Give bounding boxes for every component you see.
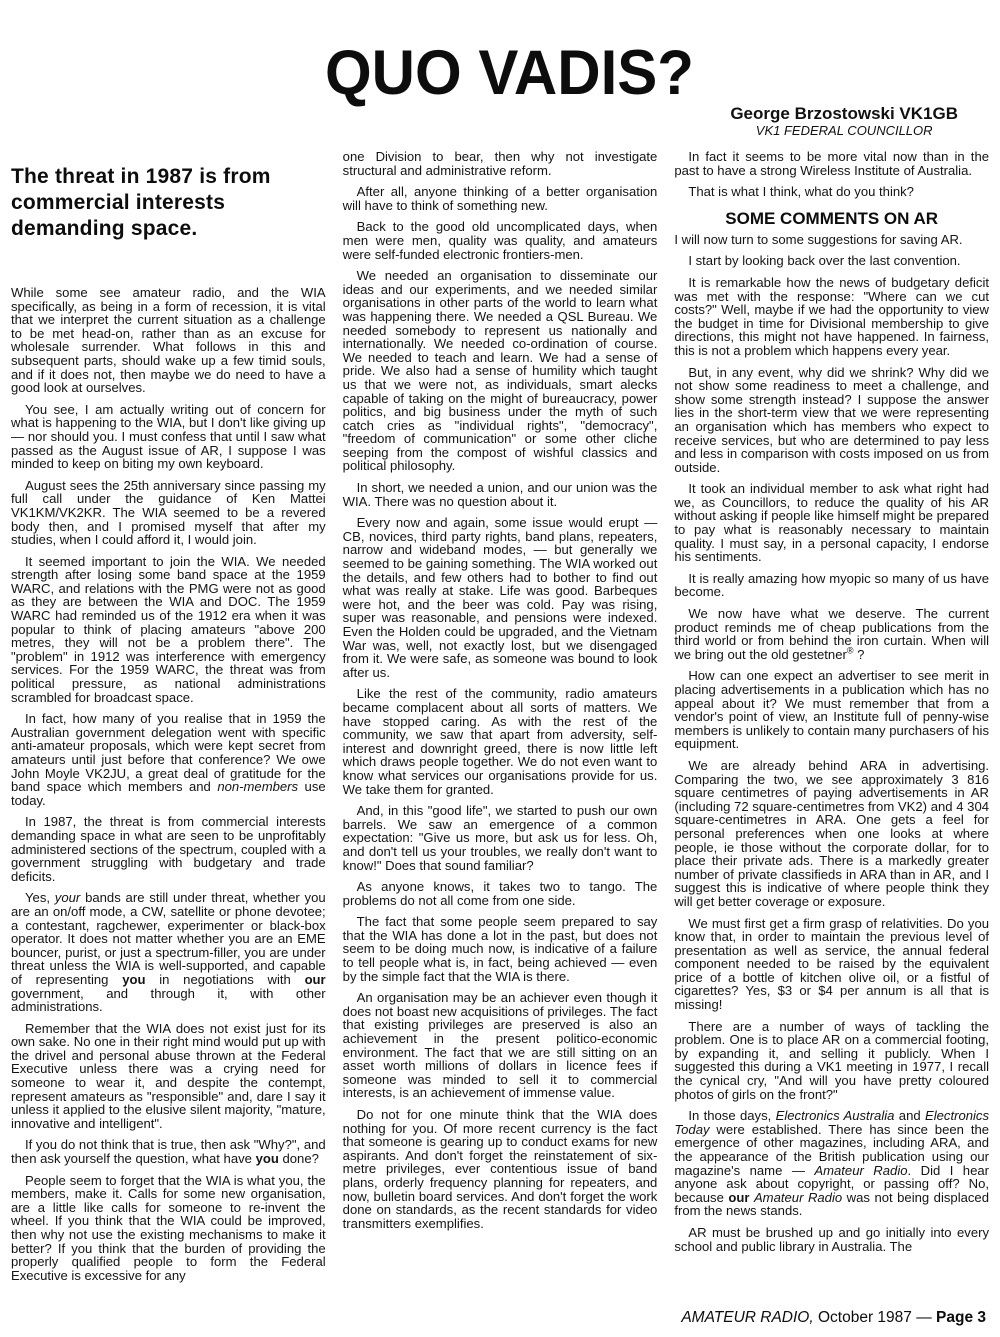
paragraph: But, in any event, why did we shrink? Wh…: [674, 366, 989, 475]
page-footer: AMATEUR RADIO, October 1987 — Page 3: [681, 1309, 986, 1327]
paragraph: After all, anyone thinking of a better o…: [343, 185, 658, 212]
magazine-page: QUO VADIS? George Brzostowski VK1GB VK1 …: [0, 0, 1000, 1337]
article-columns: The threat in 1987 is from commercial in…: [0, 150, 1000, 1290]
paragraph: If you do not think that is true, then a…: [11, 1138, 326, 1165]
paragraph: In 1987, the threat is from commercial i…: [11, 815, 326, 883]
paragraph: I will now turn to some suggestions for …: [674, 233, 989, 247]
paragraph: In those days, Electronics Australia and…: [674, 1109, 989, 1218]
paragraph: There are a number of ways of tackling t…: [674, 1020, 989, 1102]
paragraph: AR must be brushed up and go initially i…: [674, 1226, 989, 1253]
paragraph: You see, I am actually writing out of co…: [11, 403, 326, 471]
paragraph: Back to the good old uncomplicated days,…: [343, 220, 658, 261]
paragraph: We must first get a firm grasp of relati…: [674, 917, 989, 1012]
paragraph: August sees the 25th anniversary since p…: [11, 479, 326, 547]
column-middle: one Division to bear, then why not inves…: [343, 150, 658, 1290]
paragraph: It took an individual member to ask what…: [674, 482, 989, 564]
paragraph: We are already behind ARA in advertising…: [674, 759, 989, 909]
paragraph: As anyone knows, it takes two to tango. …: [343, 880, 658, 907]
paragraph: In fact it seems to be more vital now th…: [674, 150, 989, 177]
paragraph: one Division to bear, then why not inves…: [343, 150, 658, 177]
section-heading: The threat in 1987 is from commercial in…: [11, 164, 326, 242]
paragraph: Yes, your bands are still under threat, …: [11, 891, 326, 1013]
paragraph: An organisation may be an achiever even …: [343, 991, 658, 1100]
paragraph: We needed an organisation to disseminate…: [343, 269, 658, 473]
paragraph: It seemed important to join the WIA. We …: [11, 555, 326, 705]
column-left: The threat in 1987 is from commercial in…: [11, 150, 326, 1290]
byline: George Brzostowski VK1GB VK1 FEDERAL COU…: [730, 104, 958, 138]
paragraph: Do not for one minute think that the WIA…: [343, 1108, 658, 1230]
paragraph: While some see amateur radio, and the WI…: [11, 286, 326, 395]
paragraph: Every now and again, some issue would er…: [343, 516, 658, 679]
paragraph: Like the rest of the community, radio am…: [343, 687, 658, 796]
paragraph: In fact, how many of you realise that in…: [11, 712, 326, 807]
paragraph: And, in this "good life", we started to …: [343, 804, 658, 872]
paragraph: I start by looking back over the last co…: [674, 254, 989, 268]
article-title: QUO VADIS?: [325, 36, 694, 108]
paragraph: How can one expect an advertiser to see …: [674, 669, 989, 751]
paragraph: It is really amazing how myopic so many …: [674, 572, 989, 599]
paragraph: We now have what we deserve. The current…: [674, 607, 989, 661]
paragraph: Remember that the WIA does not exist jus…: [11, 1022, 326, 1131]
paragraph: People seem to forget that the WIA is wh…: [11, 1174, 326, 1283]
masthead: QUO VADIS? George Brzostowski VK1GB VK1 …: [0, 0, 1000, 150]
author-name: George Brzostowski VK1GB: [730, 104, 958, 123]
paragraph: It is remarkable how the news of budgeta…: [674, 276, 989, 358]
sub-heading: SOME COMMENTS ON AR: [674, 209, 989, 228]
paragraph: The fact that some people seem prepared …: [343, 915, 658, 983]
column-right: In fact it seems to be more vital now th…: [674, 150, 989, 1290]
paragraph: That is what I think, what do you think?: [674, 185, 989, 199]
paragraph: In short, we needed a union, and our uni…: [343, 481, 658, 508]
author-role: VK1 FEDERAL COUNCILLOR: [730, 123, 958, 138]
